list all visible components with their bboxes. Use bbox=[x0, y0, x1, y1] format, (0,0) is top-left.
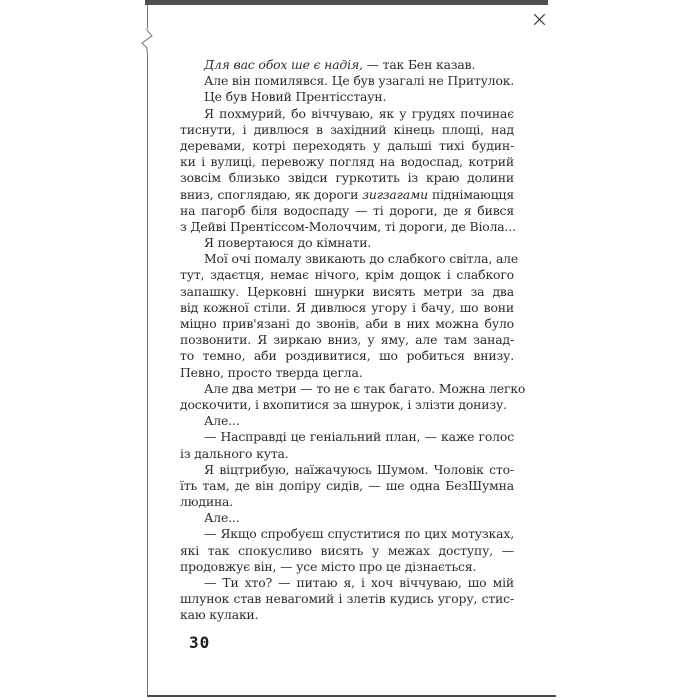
text-line: деревами, котрі переходять у дальші тихі… bbox=[180, 138, 514, 154]
close-icon bbox=[532, 12, 547, 27]
text-line: їть там, де він допіру сидів, — ше одна … bbox=[180, 478, 514, 494]
text-line: міцно прив'язані до звонів, аби в них мо… bbox=[180, 316, 514, 332]
text-line: Але два метри — то не є так багато. Можн… bbox=[180, 381, 514, 397]
text-line: — Ти хто? — питаю я, і хоч віччуваю, шо … bbox=[180, 575, 514, 591]
text-line: людина. bbox=[180, 494, 514, 510]
text-line: Я віцтрибую, наїжачуюсь Шумом. Чоловік с… bbox=[180, 462, 514, 478]
page-bottom-edge bbox=[147, 695, 556, 697]
text-line: позвонити. Я зиркаю вниз, у яму, але там… bbox=[180, 332, 514, 348]
page-text: Для вас обох ше є надія, — так Бен казав… bbox=[180, 57, 514, 624]
text-line: — Насправді це геніальний план, — каже г… bbox=[180, 429, 514, 445]
text-line: Для вас обох ше є надія, — так Бен казав… bbox=[180, 57, 514, 73]
text-line: з Дейві Прентіссом-Молоччим, ті дороги, … bbox=[180, 219, 514, 235]
text-line: запашку. Церковні шнурки висять метри за… bbox=[180, 284, 514, 300]
text-line: Але він помилявся. Це був узагалі не При… bbox=[180, 73, 514, 89]
text-line: Певно, просто тверда цегла. bbox=[180, 365, 514, 381]
text-line: вниз, споглядаю, як дороги зигзагами під… bbox=[180, 187, 514, 203]
page-number: 30 bbox=[189, 633, 210, 652]
text-line: із дального кута. bbox=[180, 446, 514, 462]
text-line: Але... bbox=[180, 413, 514, 429]
text-line: каю кулаки. bbox=[180, 607, 514, 623]
text-line: зовсім близько звідси гуркотить із краю … bbox=[180, 170, 514, 186]
text-line: Але... bbox=[180, 510, 514, 526]
text-line: тут, здаєтця, немає нічого, крім дощок і… bbox=[180, 267, 514, 283]
text-line: шлунок став невагомий і злетів кудись уг… bbox=[180, 591, 514, 607]
page-left-edge bbox=[147, 5, 148, 28]
text-line: які так спокусливо висять у межах доступ… bbox=[180, 543, 514, 559]
text-line: то темно, аби роздивитися, шо робиться в… bbox=[180, 348, 514, 364]
page-left-edge-lower bbox=[147, 52, 148, 696]
text-line: Я похмурий, бо віччуваю, як у грудях поч… bbox=[180, 106, 514, 122]
text-line: продовжує він, — усе місто про це дізнає… bbox=[180, 559, 514, 575]
text-line: від кожної стіли. Я дивлюся угору і бачу… bbox=[180, 300, 514, 316]
text-line: тиснути, і дивлюся в західний кінець пло… bbox=[180, 122, 514, 138]
text-line: доскочити, і вхопитися за шнурок, і зліз… bbox=[180, 397, 514, 413]
text-line: Це був Новий Прентісстаун. bbox=[180, 89, 514, 105]
text-line: — Якщо спробуєш спуститися по цих мотузк… bbox=[180, 526, 514, 542]
text-line: ки і вулиці, перевожу погляд на водоспад… bbox=[180, 154, 514, 170]
close-button[interactable] bbox=[527, 7, 551, 31]
reader-top-bar bbox=[145, 0, 548, 5]
text-line: Мої очі помалу звикають до слабкого світ… bbox=[180, 251, 514, 267]
text-line: Я повертаюся до кімнати. bbox=[180, 235, 514, 251]
page-tear-icon bbox=[139, 28, 155, 52]
text-line: на пагорб біля водоспаду — ті дороги, де… bbox=[180, 203, 514, 219]
